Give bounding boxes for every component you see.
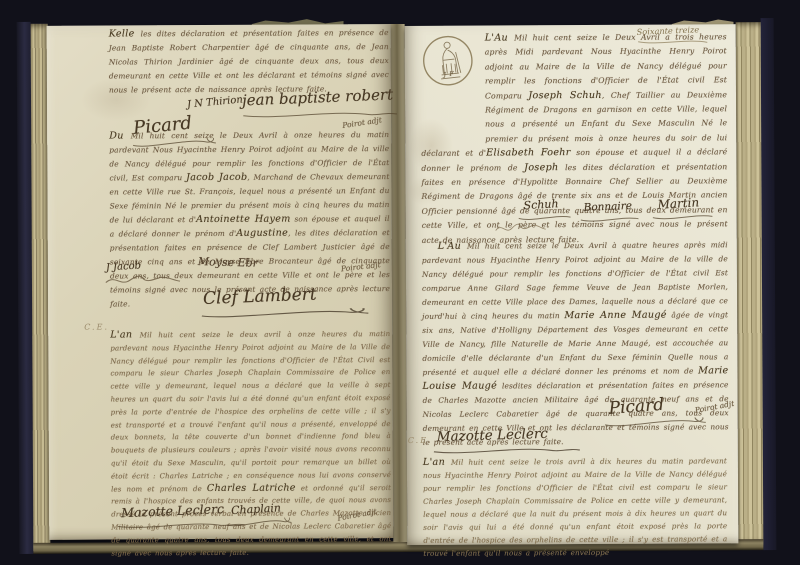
entry-text-segment: les dites déclaration et présentation fa… <box>109 28 389 94</box>
entry-text-segment: Jacob Jacob <box>186 172 247 183</box>
signature-moyse: Moyse Ebr <box>198 255 258 270</box>
entry-text-segment: Du <box>109 130 131 141</box>
margin-note-ce: C.E. <box>84 323 109 332</box>
right-page: Soixante treize <box>405 24 739 545</box>
entry-text-segment: Charles Latriche <box>207 482 296 493</box>
entry-text-segment: Antoinette Hayem <box>196 214 291 225</box>
signature-schuh: Schuh <box>523 197 559 212</box>
left-page: Kelle les dites déclaration et présentat… <box>47 24 394 540</box>
entry-text-segment: Mil huit cent seize le trois avril à dix… <box>423 456 727 558</box>
signature-flourish <box>580 214 640 224</box>
signature-picard: Picard <box>608 395 665 419</box>
signature-bonnaire: Bonnaire <box>583 200 632 214</box>
entry-text-segment: L'an <box>110 329 140 340</box>
stamp-letters: J F <box>441 71 455 79</box>
entry-text-segment: Joseph Schuh <box>528 90 602 101</box>
stamp-float-area: J F <box>421 32 486 136</box>
entry-text-segment: L'Au <box>485 32 514 43</box>
signature-jacob: J Jacob <box>106 260 142 273</box>
page-edges-right <box>736 22 764 545</box>
entry-text-segment: Joseph <box>524 162 558 173</box>
signature-flourish <box>103 273 183 287</box>
entry-text-segment: Kelle <box>109 28 141 39</box>
signature-flourish <box>198 308 383 319</box>
signature-flourish <box>652 211 714 221</box>
scanned-register-photo: Kelle les dites déclaration et présentat… <box>0 0 800 565</box>
margin-note-ce: C.E. <box>408 436 433 445</box>
signature-flourish <box>603 417 715 428</box>
official-stamp-icon: J F <box>418 31 478 91</box>
signature-martin: Martin <box>657 195 699 211</box>
entry-text-segment: L'an <box>423 457 451 468</box>
entry-text-segment: Marie Anne Maugé <box>564 310 666 322</box>
entry-text-segment: Augustine <box>236 228 288 239</box>
entry-text-segment: Mil huit cent seize le deux avril à onze… <box>110 330 391 493</box>
signature-flourish <box>225 518 297 528</box>
proces-verbal-entry-6: L'an Mil huit cent seize le trois avril … <box>423 454 728 560</box>
entry-text-segment: Elisabeth Foehr <box>486 147 571 158</box>
entry-text-segment: Mil huit cent seize le Deux Avril à quat… <box>422 240 728 321</box>
entry-text-segment: L'Au <box>438 241 467 252</box>
paraphe-flourish <box>494 221 548 235</box>
register-book: Kelle les dites déclaration et présentat… <box>17 18 777 554</box>
